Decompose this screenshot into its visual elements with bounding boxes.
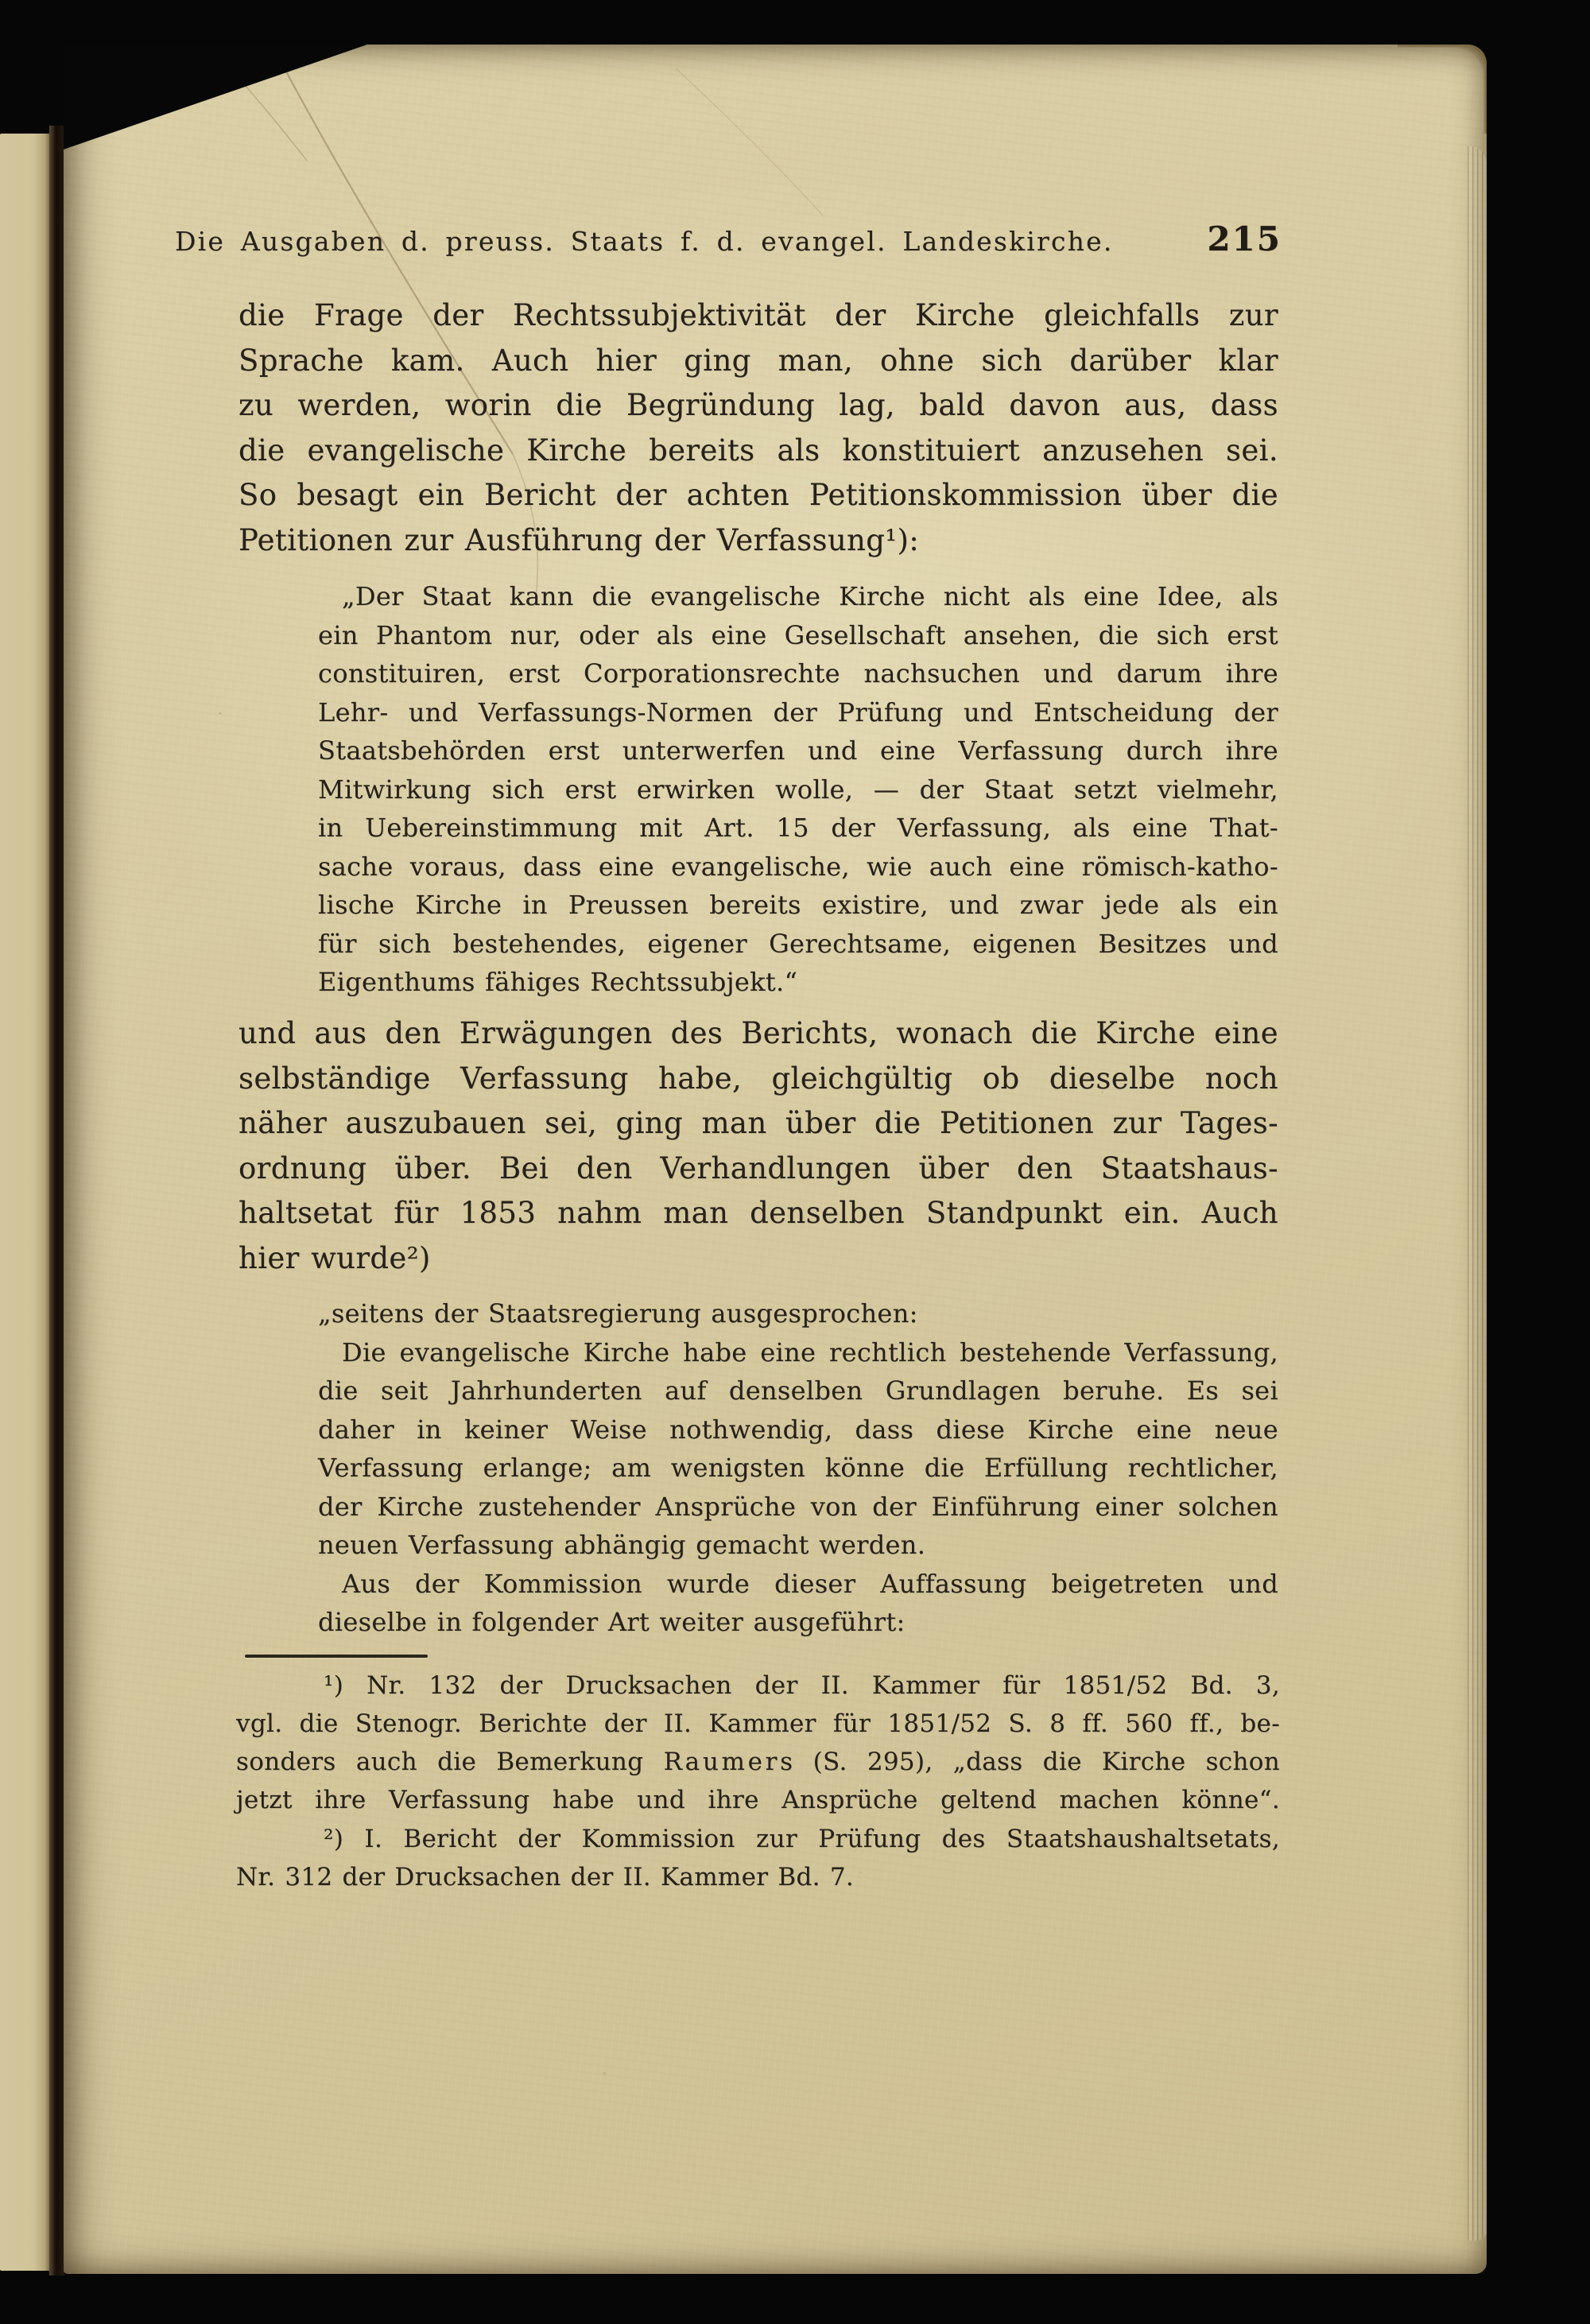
text-line: ¹) Nr. 132 der Drucksachen der II. Kamme… [236, 1666, 1280, 1705]
running-head-title: Die Ausgaben d. preuss. Staats f. d. eva… [175, 226, 1114, 257]
corner-page-stack [1398, 45, 1487, 134]
text-line: Lehr- und Verfassungs-Normen der Prüfung… [318, 693, 1278, 732]
text-line: näher auszubauen sei, ging man über die … [238, 1101, 1278, 1146]
running-head: Die Ausgaben d. preuss. Staats f. d. eva… [175, 219, 1282, 258]
text-line: Die evangelische Kirche habe eine rechtl… [318, 1333, 1278, 1372]
text-line: die evangelische Kirche bereits als kons… [238, 429, 1278, 474]
text-line: haltsetat für 1853 nahm man denselben St… [238, 1191, 1278, 1236]
text-line: dieselbe in folgender Art weiter ausgefü… [318, 1603, 1278, 1642]
footnote-1: ¹) Nr. 132 der Drucksachen der II. Kamme… [236, 1666, 1280, 1819]
text-line: Petitionen zur Ausführung der Verfassung… [238, 518, 1278, 564]
text-line: der Kirche zustehender Ansprüche von der… [318, 1488, 1278, 1527]
text-line: So besagt ein Bericht der achten Petitio… [238, 473, 1278, 518]
blockquote-state-government: „seitens der Staatsregierung ausgesproch… [318, 1294, 1278, 1642]
previous-page-edge [0, 134, 51, 2271]
text-line: sonders auch die Bemerkung R a u m e r s… [236, 1743, 1280, 1781]
text-line: zu werden, worin die Begründung lag, bal… [238, 383, 1278, 429]
text-line: Aus der Kommission wurde dieser Auffassu… [318, 1565, 1278, 1604]
text-line: für sich bestehendes, eigener Gerechtsam… [318, 925, 1278, 964]
text-line: „seitens der Staatsregierung ausgesproch… [318, 1294, 1278, 1333]
fore-edge-page-stack [1468, 146, 1487, 2241]
text-line: in Uebereinstimmung mit Art. 15 der Verf… [318, 809, 1278, 848]
text-line: lische Kirche in Preussen bereits existi… [318, 886, 1278, 925]
text-line: Nr. 312 der Drucksachen der II. Kammer B… [236, 1858, 1280, 1896]
text-line: Eigenthums fähiges Rechtssubjekt.“ [318, 963, 1278, 1002]
text-line: Staatsbehörden erst unterwerfen und eine… [318, 731, 1278, 770]
text-line: selbständige Verfassung habe, gleichgült… [238, 1057, 1278, 1102]
text-line: ein Phantom nur, oder als eine Gesellsch… [318, 616, 1278, 655]
text-line: jetzt ihre Verfassung habe und ihre Ansp… [236, 1781, 1280, 1819]
book-page: Die Ausgaben d. preuss. Staats f. d. eva… [64, 45, 1487, 2274]
footnote-separator-rule [245, 1655, 428, 1658]
photo-shadow-corner [64, 45, 367, 149]
text-line: neuen Verfassung abhängig gemacht werden… [318, 1526, 1278, 1565]
blockquote-commission-report: „Der Staat kann die evangelische Kirche … [318, 577, 1278, 1002]
paragraph-main-1: die Frage der Rechtssubjektivität der Ki… [238, 293, 1278, 563]
text-line: ²) I. Bericht der Kommission zur Prüfung… [236, 1820, 1280, 1858]
text-line: ordnung über. Bei den Verhandlungen über… [238, 1146, 1278, 1192]
book-photo: { "header": { "title": "Die Ausgaben d. … [0, 0, 1590, 2324]
text-line: Mitwirkung sich erst erwirken wolle, — d… [318, 770, 1278, 809]
text-line: sache voraus, dass eine evangelische, wi… [318, 848, 1278, 887]
text-line: constituiren, erst Corporationsrechte na… [318, 654, 1278, 693]
text-line: Verfassung erlange; am wenigsten könne d… [318, 1449, 1278, 1488]
text-line: hier wurde²) [238, 1236, 1278, 1282]
text-line: „Der Staat kann die evangelische Kirche … [318, 577, 1278, 616]
paragraph-main-2: und aus den Erwägungen des Berichts, won… [238, 1011, 1278, 1281]
footnote-2: ²) I. Bericht der Kommission zur Prüfung… [236, 1820, 1280, 1896]
text-line: Sprache kam. Auch hier ging man, ohne si… [238, 339, 1278, 384]
text-line: die seit Jahrhunderten auf denselben Gru… [318, 1372, 1278, 1410]
text-line: und aus den Erwägungen des Berichts, won… [238, 1011, 1278, 1057]
page-number: 215 [1207, 219, 1282, 258]
text-line: vgl. die Stenogr. Berichte der II. Kamme… [236, 1705, 1280, 1743]
text-line: daher in keiner Weise nothwendig, dass d… [318, 1410, 1278, 1449]
book-gutter-shadow [49, 126, 64, 2276]
text-line: die Frage der Rechtssubjektivität der Ki… [238, 293, 1278, 339]
